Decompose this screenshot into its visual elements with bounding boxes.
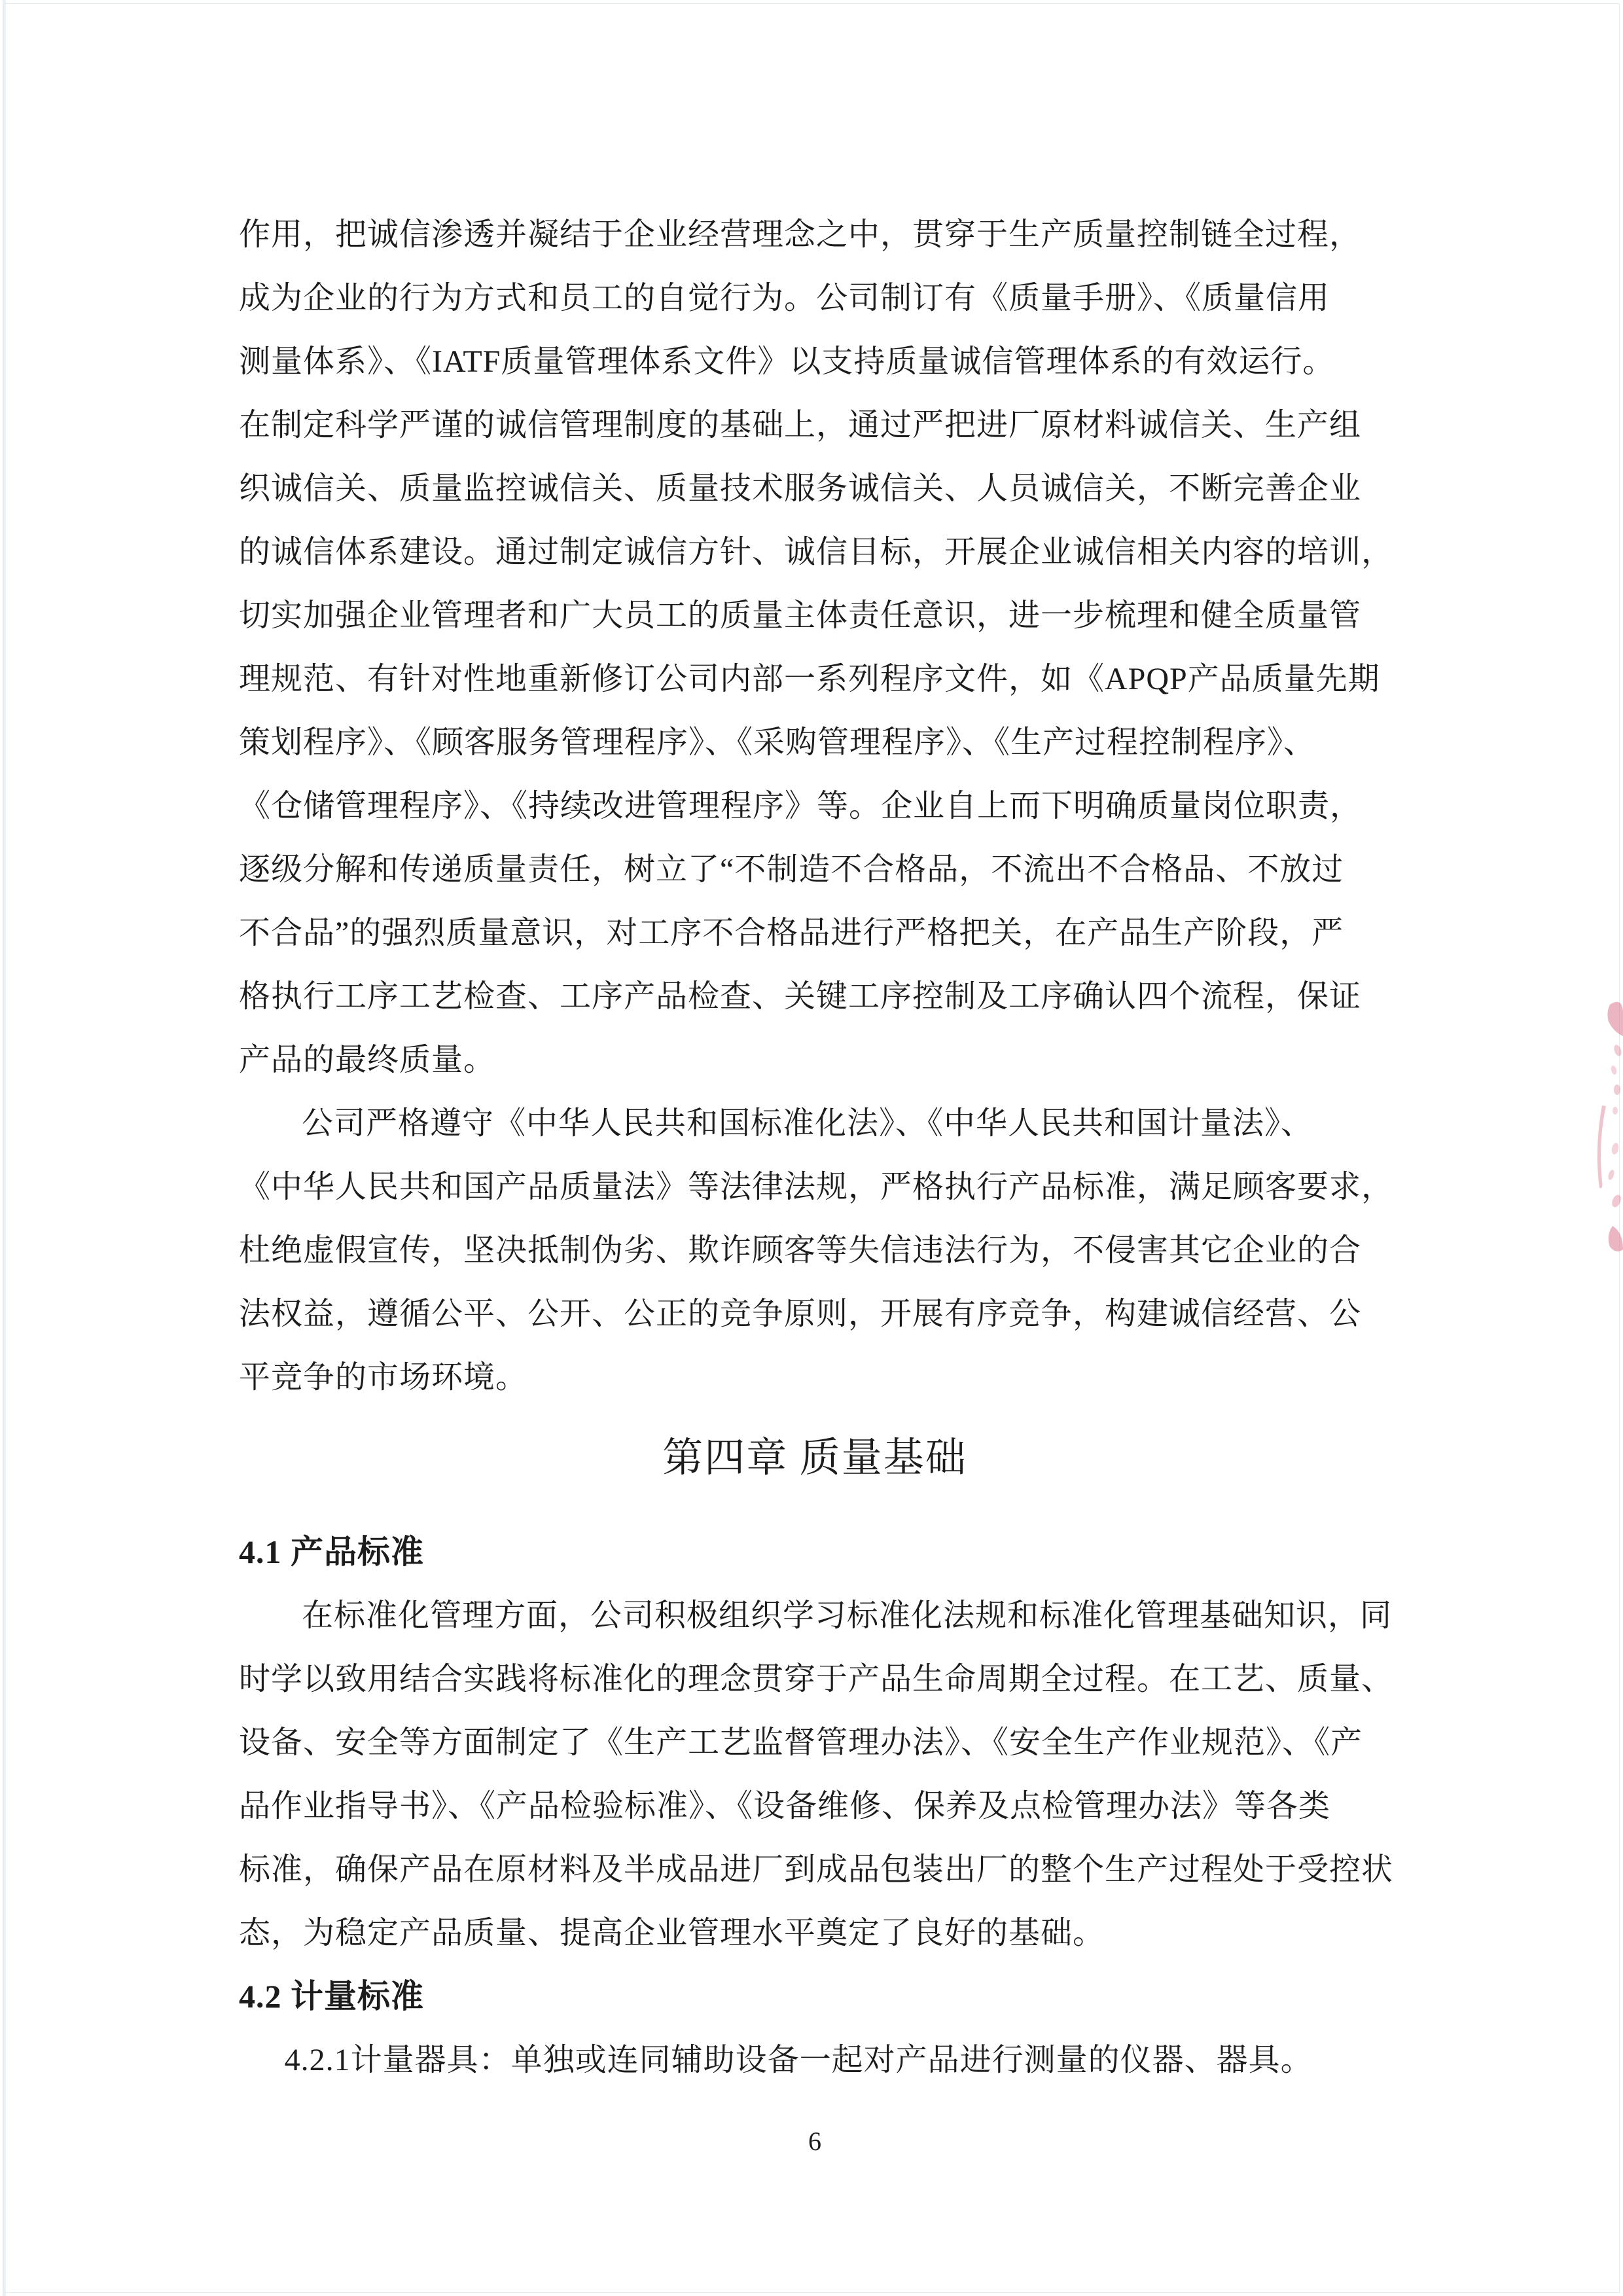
paragraph-measuring-instruments: 4.2.1计量器具：单独或连同辅助设备一起对产品进行测量的仪器、器具。 — [239, 2028, 1391, 2092]
paragraph-product-standards: 在标准化管理方面，公司积极组织学习标准化法规和标准化管理基础知识，同时学以致用结… — [239, 1584, 1391, 1965]
page-number: 6 — [239, 2122, 1391, 2161]
text-line: 《中华人民共和国产品质量法》等法律法规，严格执行产品标准，满足顾客要求， — [239, 1155, 1391, 1219]
paragraph-quality-credit-system: 作用，把诚信渗透并凝结于企业经营理念之中，贯穿于生产质量控制链全过程，成为企业的… — [239, 203, 1391, 1092]
chapter-heading: 第四章 质量基础 — [239, 1422, 1391, 1494]
section-4-2-heading: 4.2 计量标准 — [239, 1965, 1391, 2028]
text-line: 4.2.1计量器具：单独或连同辅助设备一起对产品进行测量的仪器、器具。 — [239, 2028, 1391, 2092]
text-line: 标准，确保产品在原材料及半成品进厂到成品包装出厂的整个生产过程处于受控状 — [239, 1838, 1391, 1901]
text-line: 杜绝虚假宣传，坚决抵制伪劣、欺诈顾客等失信违法行为，不侵害其它企业的合 — [239, 1219, 1391, 1282]
text-line: 在标准化管理方面，公司积极组织学习标准化法规和标准化管理基础知识，同 — [239, 1584, 1391, 1647]
text-line: 织诚信关、质量监控诚信关、质量技术服务诚信关、人员诚信关，不断完善企业 — [239, 457, 1391, 520]
text-line: 平竞争的市场环境。 — [239, 1346, 1391, 1409]
page-content: 作用，把诚信渗透并凝结于企业经营理念之中，贯穿于生产质量控制链全过程，成为企业的… — [239, 203, 1391, 2161]
text-line: 时学以致用结合实践将标准化的理念贯穿于产品生命周期全过程。在工艺、质量、 — [239, 1647, 1391, 1711]
text-line: 成为企业的行为方式和员工的自觉行为。公司制订有《质量手册》、《质量信用 — [239, 266, 1391, 330]
text-line: 格执行工序工艺检查、工序产品检查、关键工序控制及工序确认四个流程，保证 — [239, 965, 1391, 1028]
text-line: 切实加强企业管理者和广大员工的质量主体责任意识，进一步梳理和健全质量管 — [239, 584, 1391, 647]
text-line: 的诚信体系建设。通过制定诚信方针、诚信目标，开展企业诚信相关内容的培训， — [239, 520, 1391, 584]
text-line: 产品的最终质量。 — [239, 1028, 1391, 1092]
text-line: 策划程序》、《顾客服务管理程序》、《采购管理程序》、《生产过程控制程序》、 — [239, 711, 1391, 774]
paragraph-law-compliance: 公司严格遵守《中华人民共和国标准化法》、《中华人民共和国计量法》、《中华人民共和… — [239, 1092, 1391, 1409]
text-line: 法权益，遵循公平、公开、公正的竞争原则，开展有序竞争，构建诚信经营、公 — [239, 1282, 1391, 1346]
text-line: 理规范、有针对性地重新修订公司内部一系列程序文件，如《APQP产品质量先期 — [239, 647, 1391, 711]
text-line: 态，为稳定产品质量、提高企业管理水平奠定了良好的基础。 — [239, 1901, 1391, 1965]
text-line: 在制定科学严谨的诚信管理制度的基础上，通过严把进厂原材料诚信关、生产组 — [239, 393, 1391, 457]
text-line: 作用，把诚信渗透并凝结于企业经营理念之中，贯穿于生产质量控制链全过程， — [239, 203, 1391, 266]
section-4-1-heading: 4.1 产品标准 — [239, 1520, 1391, 1584]
text-line: 不合品”的强烈质量意识，对工序不合格品进行严格把关，在产品生产阶段，严 — [239, 901, 1391, 965]
text-line: 测量体系》、《IATF质量管理体系文件》以支持质量诚信管理体系的有效运行。 — [239, 330, 1391, 393]
red-seal-fragment — [1581, 985, 1623, 1260]
text-line: 品作业指导书》、《产品检验标准》、《设备维修、保养及点检管理办法》等各类 — [239, 1774, 1391, 1838]
text-line: 《仓储管理程序》、《持续改进管理程序》等。企业自上而下明确质量岗位职责， — [239, 774, 1391, 838]
text-line: 设备、安全等方面制定了《生产工艺监督管理办法》、《安全生产作业规范》、《产 — [239, 1711, 1391, 1774]
text-line: 逐级分解和传递质量责任，树立了“不制造不合格品，不流出不合格品、不放过 — [239, 838, 1391, 901]
document-page: 作用，把诚信渗透并凝结于企业经营理念之中，贯穿于生产质量控制链全过程，成为企业的… — [0, 0, 1623, 2296]
text-line: 公司严格遵守《中华人民共和国标准化法》、《中华人民共和国计量法》、 — [239, 1092, 1391, 1155]
scan-edge — [3, 0, 6, 2296]
